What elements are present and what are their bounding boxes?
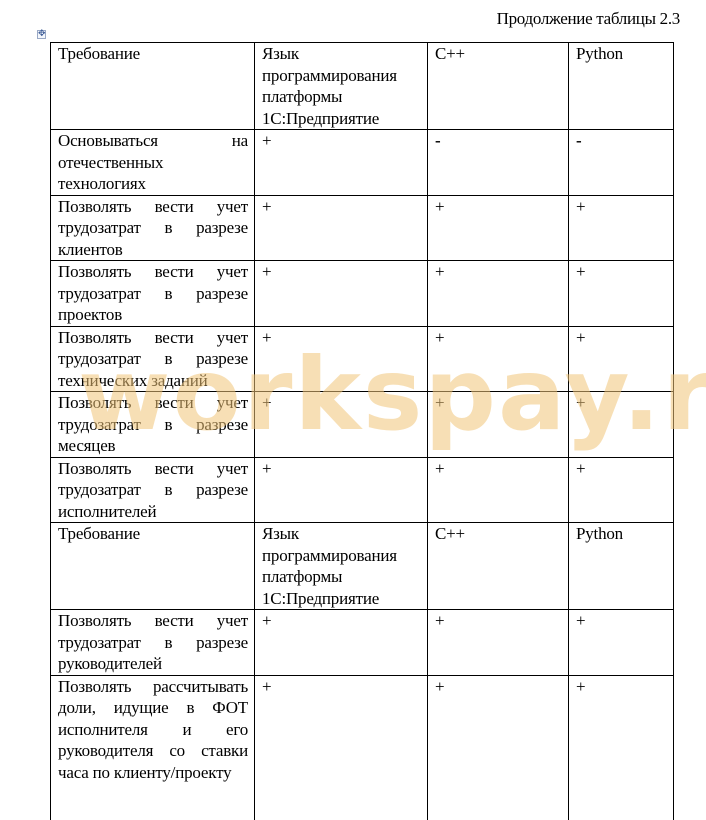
plus-mark: + (576, 393, 585, 412)
requirement-cell: Позволять вести учет трудозатрат в разре… (51, 457, 255, 523)
table-header-row: ТребованиеЯзык программирования платформ… (51, 43, 674, 130)
requirement-cell: Позволять вести учет трудозатрат в разре… (51, 392, 255, 458)
plus-mark: + (435, 611, 444, 630)
value-cell: + (428, 261, 569, 327)
plus-mark: + (576, 328, 585, 347)
plus-mark: + (262, 328, 271, 347)
plus-mark: + (262, 677, 271, 696)
plus-mark: + (576, 611, 585, 630)
plus-mark: + (262, 131, 271, 150)
plus-mark: + (262, 459, 271, 478)
header-cell: Язык программирования платформы 1С:Предп… (255, 43, 428, 130)
plus-mark: + (262, 197, 271, 216)
value-cell: + (428, 457, 569, 523)
plus-mark: + (262, 393, 271, 412)
header-cell: Python (569, 43, 674, 130)
plus-mark: + (262, 262, 271, 281)
requirements-table: ТребованиеЯзык программирования платформ… (50, 42, 674, 820)
value-cell: + (569, 457, 674, 523)
plus-mark: + (576, 677, 585, 696)
plus-mark: + (435, 262, 444, 281)
value-cell: - (428, 130, 569, 196)
header-cell: Python (569, 523, 674, 610)
table-row: Позволять вести учет трудозатрат в разре… (51, 195, 674, 261)
table-row: Основываться на отечественных технология… (51, 130, 674, 196)
value-cell: + (255, 675, 428, 820)
header-cell: Требование (51, 523, 255, 610)
minus-mark: - (576, 131, 581, 150)
value-cell: - (569, 130, 674, 196)
value-cell: + (255, 326, 428, 392)
value-cell: + (569, 195, 674, 261)
value-cell: + (569, 261, 674, 327)
value-cell: + (428, 392, 569, 458)
minus-mark: - (435, 131, 440, 150)
value-cell: + (569, 675, 674, 820)
plus-mark: + (576, 459, 585, 478)
header-cell: Требование (51, 43, 255, 130)
value-cell: + (428, 675, 569, 820)
value-cell: + (255, 195, 428, 261)
table-row: Позволять вести учет трудозатрат в разре… (51, 457, 674, 523)
value-cell: + (569, 326, 674, 392)
plus-mark: + (576, 262, 585, 281)
plus-mark: + (435, 459, 444, 478)
value-cell: + (428, 610, 569, 676)
table-header-row: ТребованиеЯзык программирования платформ… (51, 523, 674, 610)
requirement-cell: Позволять вести учет трудозатрат в разре… (51, 326, 255, 392)
header-cell: C++ (428, 43, 569, 130)
plus-mark: + (435, 328, 444, 347)
value-cell: + (255, 457, 428, 523)
value-cell: + (255, 392, 428, 458)
requirement-cell: Позволять вести учет трудозатрат в разре… (51, 261, 255, 327)
table-caption: Продолжение таблицы 2.3 (497, 9, 680, 29)
requirement-cell: Основываться на отечественных технология… (51, 130, 255, 196)
value-cell: + (428, 195, 569, 261)
table-row: Позволять вести учет трудозатрат в разре… (51, 326, 674, 392)
plus-mark: + (262, 611, 271, 630)
table-row: Позволять вести учет трудозатрат в разре… (51, 392, 674, 458)
value-cell: + (569, 392, 674, 458)
table-row: Позволять рассчитывать доли, идущие в ФО… (51, 675, 674, 820)
requirement-cell: Позволять вести учет трудозатрат в разре… (51, 610, 255, 676)
header-cell: Язык программирования платформы 1С:Предп… (255, 523, 428, 610)
requirement-cell: Позволять рассчитывать доли, идущие в ФО… (51, 675, 255, 820)
value-cell: + (255, 261, 428, 327)
plus-mark: + (435, 197, 444, 216)
table-row: Позволять вести учет трудозатрат в разре… (51, 610, 674, 676)
value-cell: + (569, 610, 674, 676)
value-cell: + (255, 130, 428, 196)
table-row: Позволять вести учет трудозатрат в разре… (51, 261, 674, 327)
plus-mark: + (576, 197, 585, 216)
table-move-handle-icon[interactable]: ✥ (37, 30, 46, 39)
header-cell: C++ (428, 523, 569, 610)
value-cell: + (428, 326, 569, 392)
plus-mark: + (435, 393, 444, 412)
requirement-cell: Позволять вести учет трудозатрат в разре… (51, 195, 255, 261)
value-cell: + (255, 610, 428, 676)
plus-mark: + (435, 677, 444, 696)
